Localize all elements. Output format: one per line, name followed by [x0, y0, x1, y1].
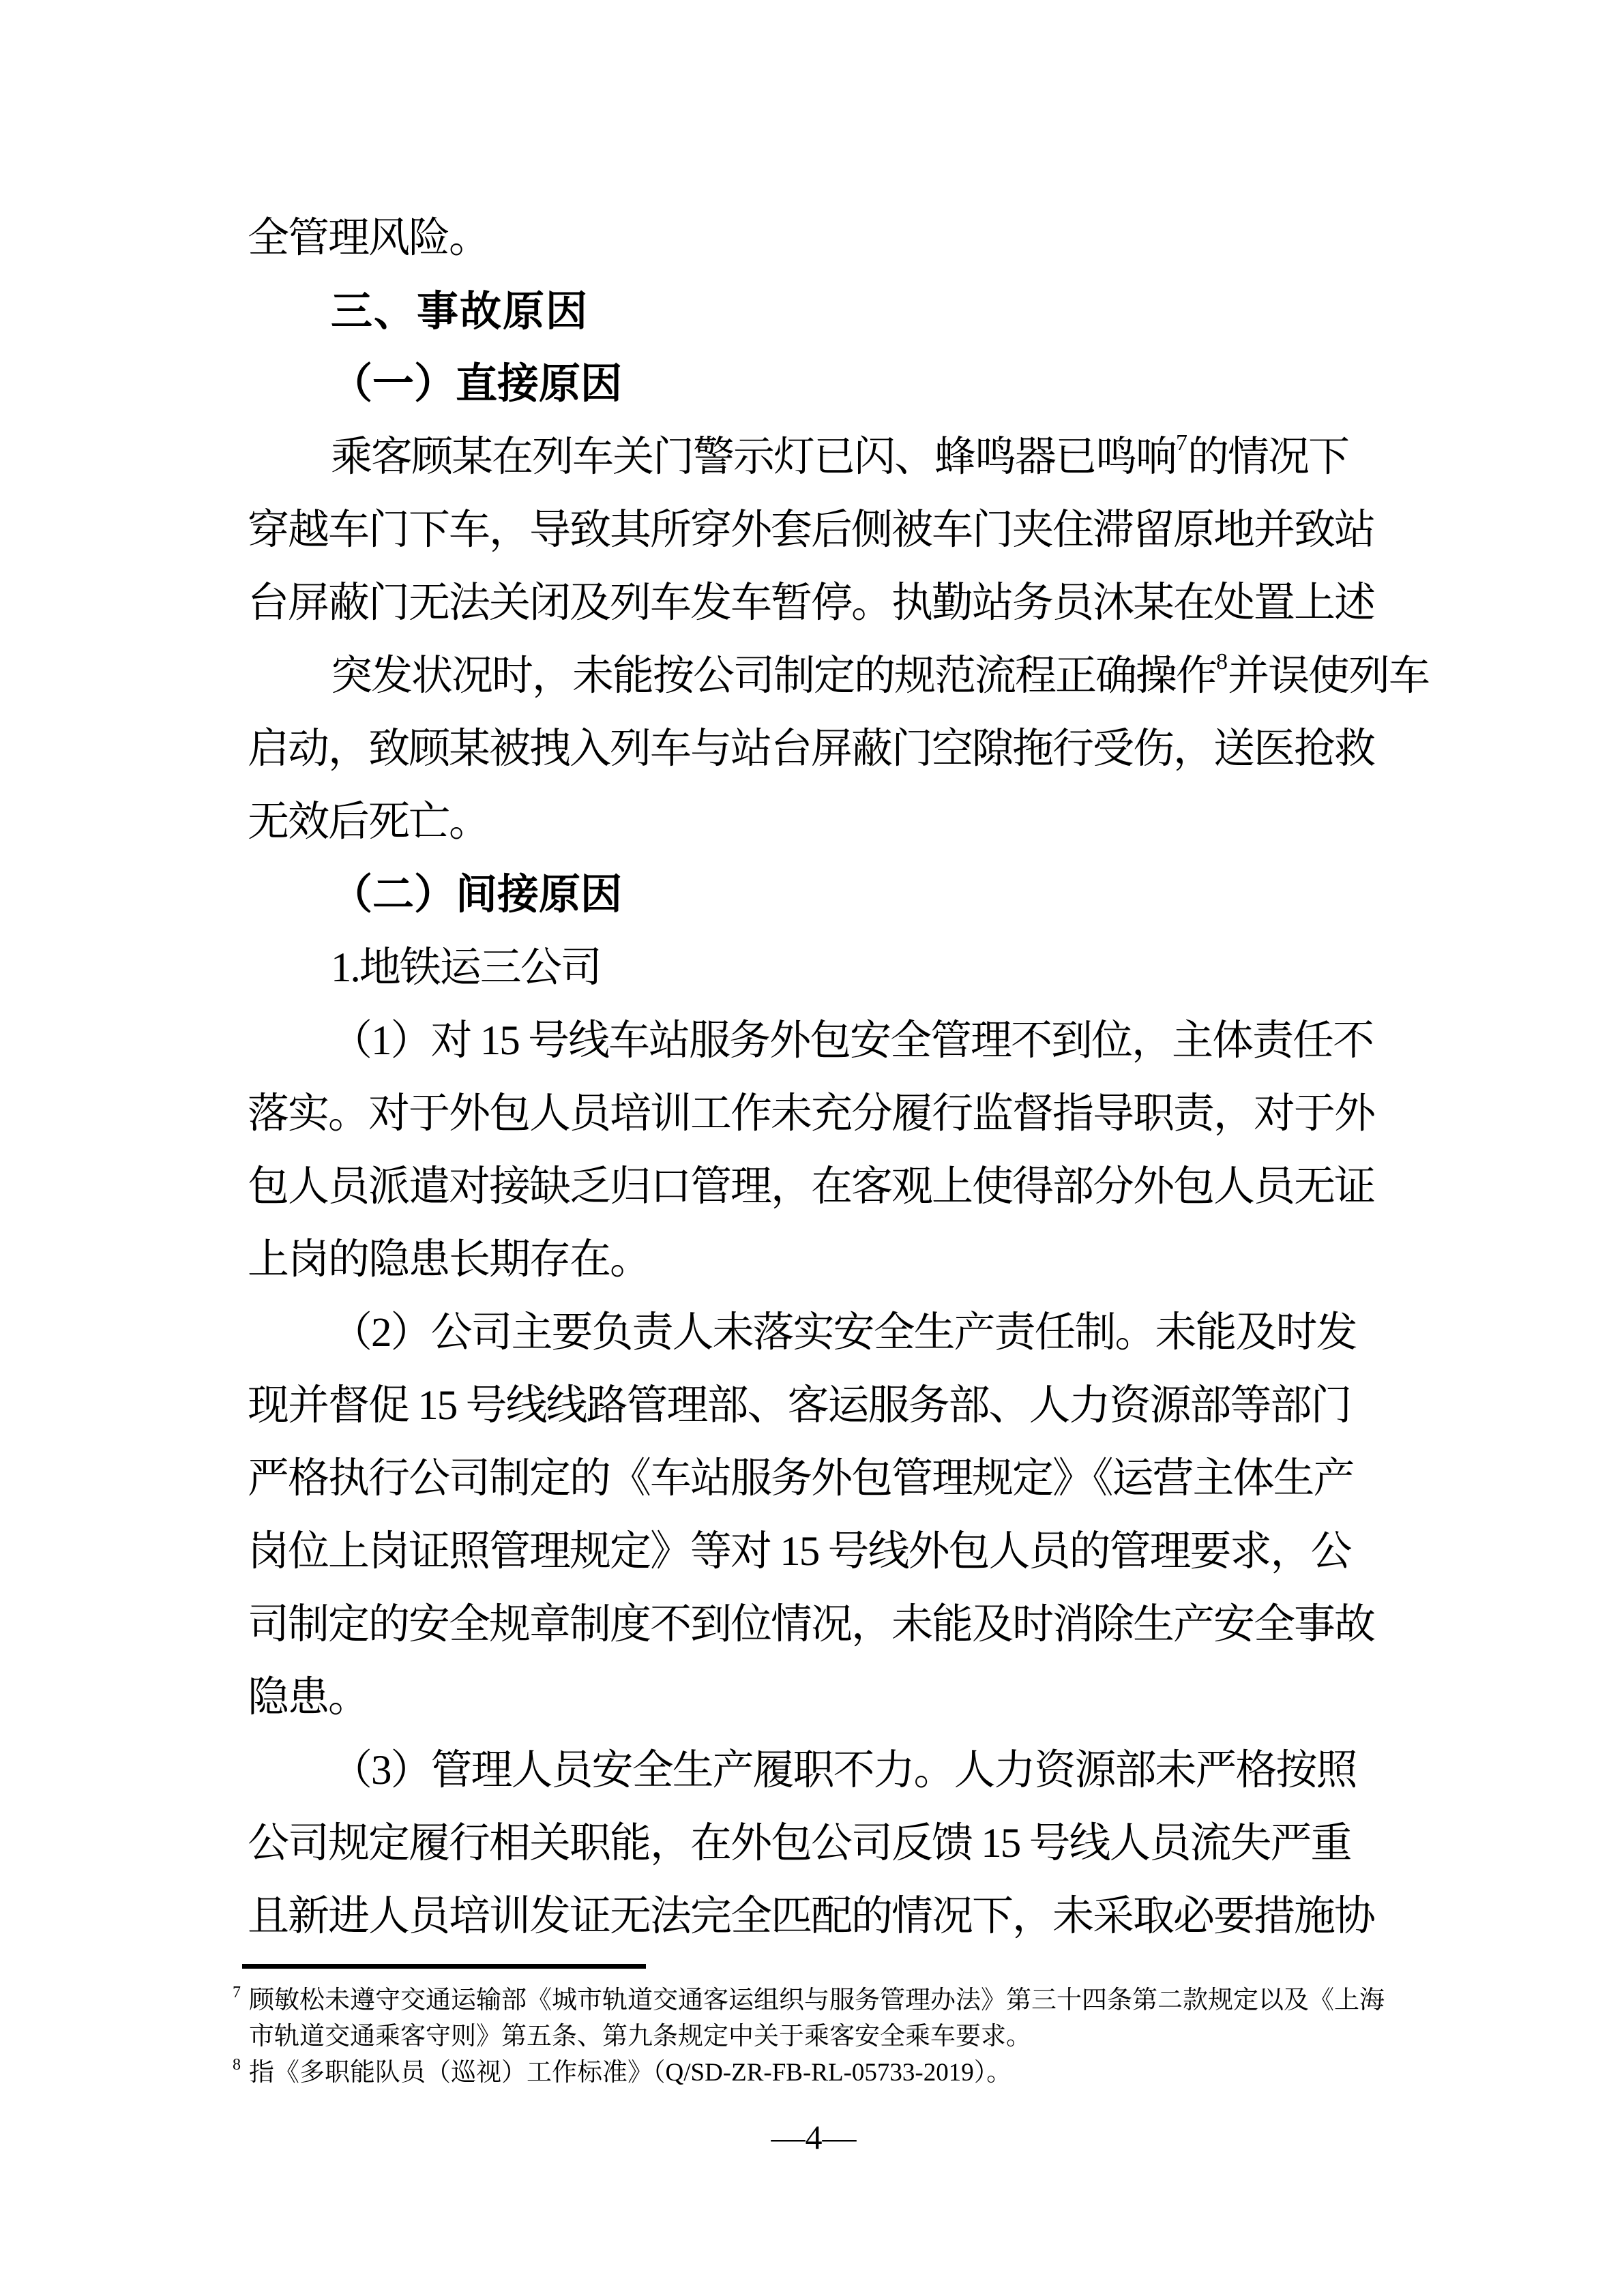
section-heading: 三、事故原因: [248, 275, 1387, 348]
footnote-8: 8指《多职能队员（巡视）工作标准》（Q/SD-ZR-FB-RL-05733-20…: [233, 2055, 1385, 2091]
subsection-heading: （一）直接原因: [248, 348, 1387, 421]
footnote-7: 7顾敏松未遵守交通运输部《城市轨道交通客运组织与服务管理办法》第三十四条第二款规…: [233, 1982, 1385, 2018]
text-line: 落实。对于外包人员培训工作未充分履行监督指导职责，对于外: [248, 1077, 1387, 1150]
footnote-ref-7: 7: [1176, 430, 1187, 456]
text-line: 全管理风险。: [248, 202, 1387, 275]
footnote-marker-8: 8: [233, 2056, 241, 2074]
text-line: 岗位上岗证照管理规定》等对 15 号线外包人员的管理要求，公: [248, 1515, 1387, 1588]
text-line: 穿越车门下车，导致其所穿外套后侧被车门夹住滞留原地并致站: [248, 494, 1387, 567]
footnotes-section: 7顾敏松未遵守交通运输部《城市轨道交通客运组织与服务管理办法》第三十四条第二款规…: [233, 1964, 1385, 2091]
text-line: 隐患。: [248, 1661, 1387, 1734]
text-line: 司制定的安全规章制度不到位情况，未能及时消除生产安全事故: [248, 1588, 1387, 1661]
document-body: 全管理风险。 三、事故原因 （一）直接原因 乘客顾某在列车关门警示灯已闪、蜂鸣器…: [248, 202, 1387, 1953]
footnote-text: 顾敏松未遵守交通运输部《城市轨道交通客运组织与服务管理办法》第三十四条第二款规定…: [249, 1986, 1385, 2014]
numbered-item-heading: 1.地铁运三公司: [248, 931, 1387, 1004]
text-line: 包人员派遣对接缺乏归口管理，在客观上使得部分外包人员无证: [248, 1150, 1387, 1223]
text-line: 突发状况时，未能按公司制定的规范流程正确操作8并误使列车: [248, 640, 1387, 713]
text-line: 乘客顾某在列车关门警示灯已闪、蜂鸣器已鸣响7的情况下: [248, 421, 1387, 494]
footnote-separator: [242, 1964, 646, 1969]
footnote-marker-7: 7: [233, 1984, 241, 2001]
text-line: 无效后死亡。: [248, 786, 1387, 859]
text-line: （2）公司主要负责人未落实安全生产责任制。未能及时发: [248, 1296, 1387, 1369]
text-line: 台屏蔽门无法关闭及列车发车暂停。执勤站务员沐某在处置上述: [248, 567, 1387, 640]
footnote-ref-8: 8: [1216, 649, 1228, 674]
page-number: —4—: [248, 2116, 1380, 2158]
document-page: 全管理风险。 三、事故原因 （一）直接原因 乘客顾某在列车关门警示灯已闪、蜂鸣器…: [0, 0, 1624, 2296]
subsection-heading: （二）间接原因: [248, 859, 1387, 931]
text-line: 启动，致顾某被拽入列车与站台屏蔽门空隙拖行受伤，送医抢救: [248, 713, 1387, 786]
text-line: 现并督促 15 号线线路管理部、客运服务部、人力资源部等部门: [248, 1369, 1387, 1442]
text-line: （1）对 15 号线车站服务外包安全管理不到位，主体责任不: [248, 1004, 1387, 1077]
text-line: 严格执行公司制定的《车站服务外包管理规定》《运营主体生产: [248, 1442, 1387, 1515]
footnote-text: 指《多职能队员（巡视）工作标准》（Q/SD-ZR-FB-RL-05733-201…: [249, 2059, 1012, 2087]
text-line: 上岗的隐患长期存在。: [248, 1223, 1387, 1296]
text-line: 且新进人员培训发证无法完全匹配的情况下，未采取必要措施协: [248, 1880, 1387, 1953]
footnote-7-continuation: 市轨道交通乘客守则》第五条、第九条规定中关于乘客安全乘车要求。: [233, 2018, 1385, 2055]
text-line: 公司规定履行相关职能，在外包公司反馈 15 号线人员流失严重: [248, 1807, 1387, 1880]
footnote-text: 市轨道交通乘客守则》第五条、第九条规定中关于乘客安全乘车要求。: [249, 2023, 1031, 2051]
text-line: （3）管理人员安全生产履职不力。人力资源部未严格按照: [248, 1734, 1387, 1807]
